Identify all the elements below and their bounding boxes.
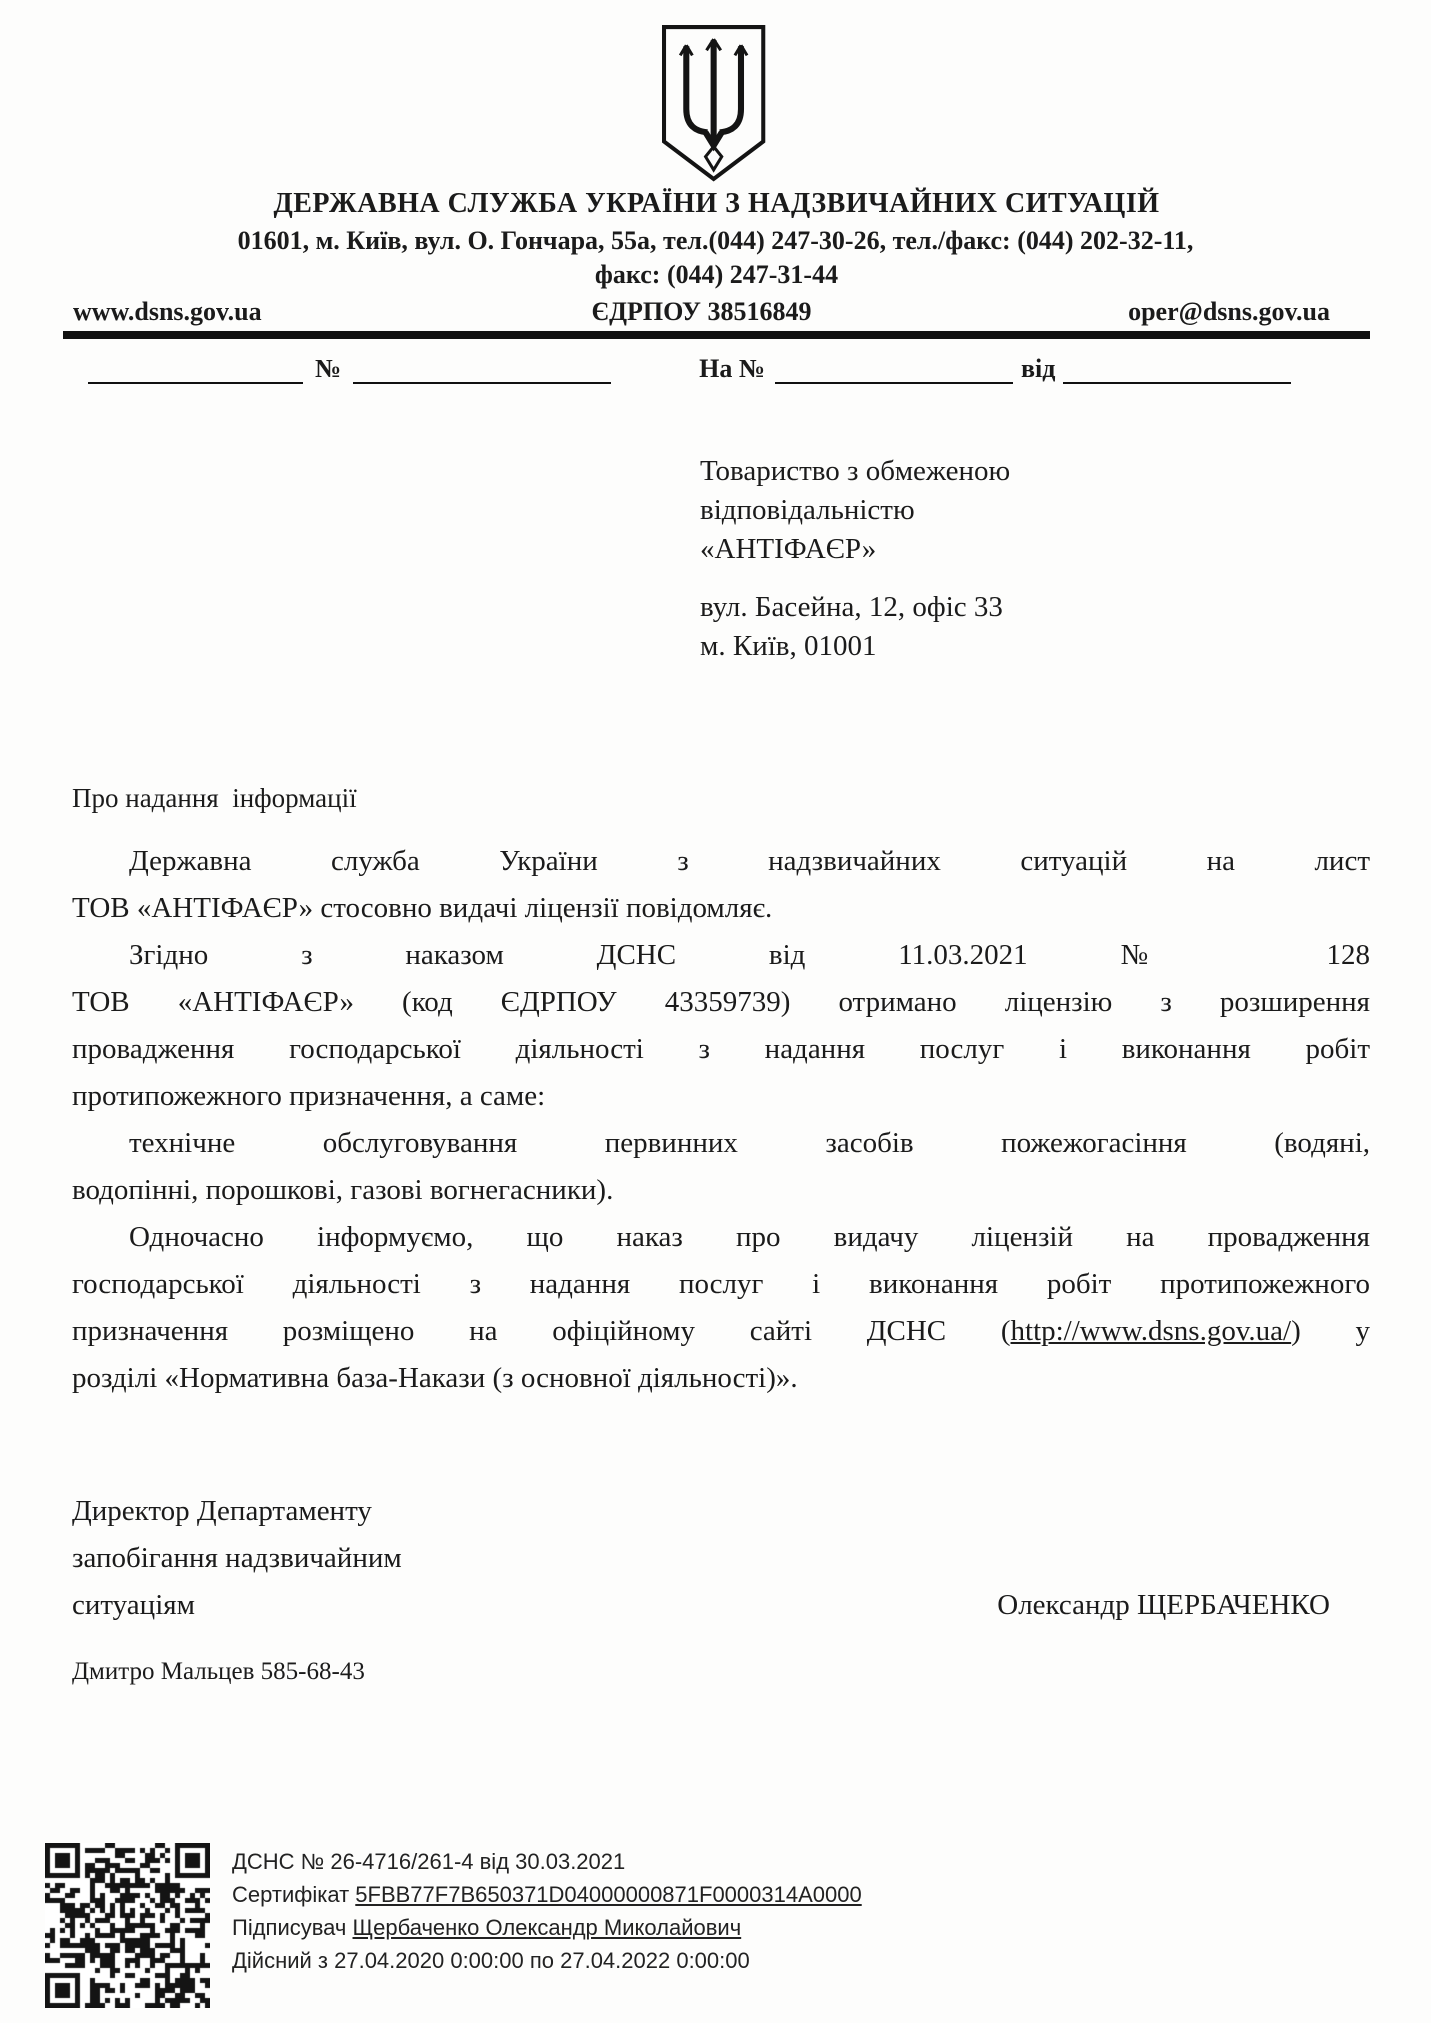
coat-of-arms-emblem [654, 24, 772, 189]
number-label: № [315, 354, 341, 384]
body-line: розділі «Нормативна база-Накази (з основ… [72, 1355, 1370, 1402]
recipient-org-line: «АНТІФАЄР» [700, 530, 1010, 569]
trident-icon [654, 24, 772, 184]
recipient-org-line: відповідальністю [700, 491, 1010, 530]
body-line: провадження господарської діяльності з н… [72, 1026, 1370, 1073]
official-letter-page: ДЕРЖАВНА СЛУЖБА УКРАЇНИ З НАДЗВИЧАЙНИХ С… [0, 0, 1431, 2023]
e-signature-stamp: ДСНС № 26-4716/261-4 від 30.03.2021 Серт… [45, 1843, 1391, 2008]
email: oper@dsns.gov.ua [911, 297, 1330, 327]
letter-body: Державна служба України з надзвичайних с… [72, 838, 1370, 1402]
validity-period: Дійсний з 27.04.2020 0:00:00 по 27.04.20… [232, 1944, 862, 1977]
reference-line: № На № від [63, 350, 1370, 384]
e-signature-details: ДСНС № 26-4716/261-4 від 30.03.2021 Серт… [232, 1843, 862, 1977]
signer-title-line: ситуаціям [72, 1582, 402, 1629]
qr-code-icon [45, 1843, 210, 2008]
reply-date-blank-field [1063, 350, 1291, 384]
subject-line: Про надання інформації [72, 783, 357, 814]
reply-to-number-label: На № [699, 354, 765, 384]
body-line-suffix: ) у [1291, 1315, 1370, 1347]
recipient-org-line: Товариство з обмеженою [700, 452, 1010, 491]
edrpou-code: ЄДРПОУ 38516849 [492, 297, 911, 327]
date-blank-field [88, 350, 303, 384]
address-line-2: факс: (044) 247-31-44 [63, 260, 1370, 290]
signer-line: Підписувач Щербаченко Олександр Миколайо… [232, 1911, 862, 1944]
body-line: ТОВ «АНТІФАЄР» стосовно видачі ліцензії … [72, 885, 1370, 932]
certificate-value: 5FBB77F7B650371D04000000871F0000314A0000 [355, 1882, 861, 1907]
recipient-address-line: м. Київ, 01001 [700, 627, 1010, 666]
address-line-1: 01601, м. Київ, вул. О. Гончара, 55а, те… [40, 226, 1391, 256]
recipient-address-line: вул. Басейна, 12, офіс 33 [700, 588, 1010, 627]
reply-date-label: від [1021, 354, 1055, 384]
certificate-line: Сертифікат 5FBB77F7B650371D04000000871F0… [232, 1878, 862, 1911]
signature-block: Директор Департаменту запобігання надзви… [72, 1488, 1370, 1629]
dsns-website-link[interactable]: http://www.dsns.gov.ua/ [1011, 1315, 1292, 1347]
reply-number-blank-field [775, 350, 1013, 384]
body-line: Державна служба України з надзвичайних с… [72, 838, 1370, 885]
executor-contact: Дмитро Мальцев 585-68-43 [72, 1658, 365, 1686]
contacts-row: www.dsns.gov.ua ЄДРПОУ 38516849 oper@dsn… [63, 297, 1370, 327]
body-line: ТОВ «АНТІФАЄР» (код ЄДРПОУ 43359739) отр… [72, 979, 1370, 1026]
body-line: водопінні, порошкові, газові вогнегасник… [72, 1167, 1370, 1214]
signer-title-line: запобігання надзвичайним [72, 1535, 402, 1582]
body-line: протипожежного призначення, а саме: [72, 1073, 1370, 1120]
header-divider [63, 331, 1370, 339]
signer-full-name: Щербаченко Олександр Миколайович [353, 1915, 742, 1940]
signer-title: Директор Департаменту запобігання надзви… [72, 1488, 402, 1629]
body-line: технічне обслуговування первинних засобі… [72, 1120, 1370, 1167]
signer-name: Олександр ЩЕРБАЧЕНКО [997, 1582, 1370, 1629]
body-line-prefix: призначення розміщено на офіційному сайт… [72, 1315, 1011, 1347]
number-blank-field [353, 350, 611, 384]
signer-label: Підписувач [232, 1915, 353, 1940]
body-line: Одночасно інформуємо, що наказ про видач… [72, 1214, 1370, 1261]
body-line: Згідно з наказом ДСНС від 11.03.2021 № 1… [72, 932, 1370, 979]
signer-title-line: Директор Департаменту [72, 1488, 402, 1535]
body-line-with-link: призначення розміщено на офіційному сайт… [72, 1308, 1370, 1355]
body-line: господарської діяльності з надання послу… [72, 1261, 1370, 1308]
certificate-label: Сертифікат [232, 1882, 355, 1907]
organization-name: ДЕРЖАВНА СЛУЖБА УКРАЇНИ З НАДЗВИЧАЙНИХ С… [63, 188, 1370, 220]
recipient-block: Товариство з обмеженою відповідальністю … [700, 452, 1010, 666]
website: www.dsns.gov.ua [73, 297, 492, 327]
document-reference: ДСНС № 26-4716/261-4 від 30.03.2021 [232, 1845, 862, 1878]
